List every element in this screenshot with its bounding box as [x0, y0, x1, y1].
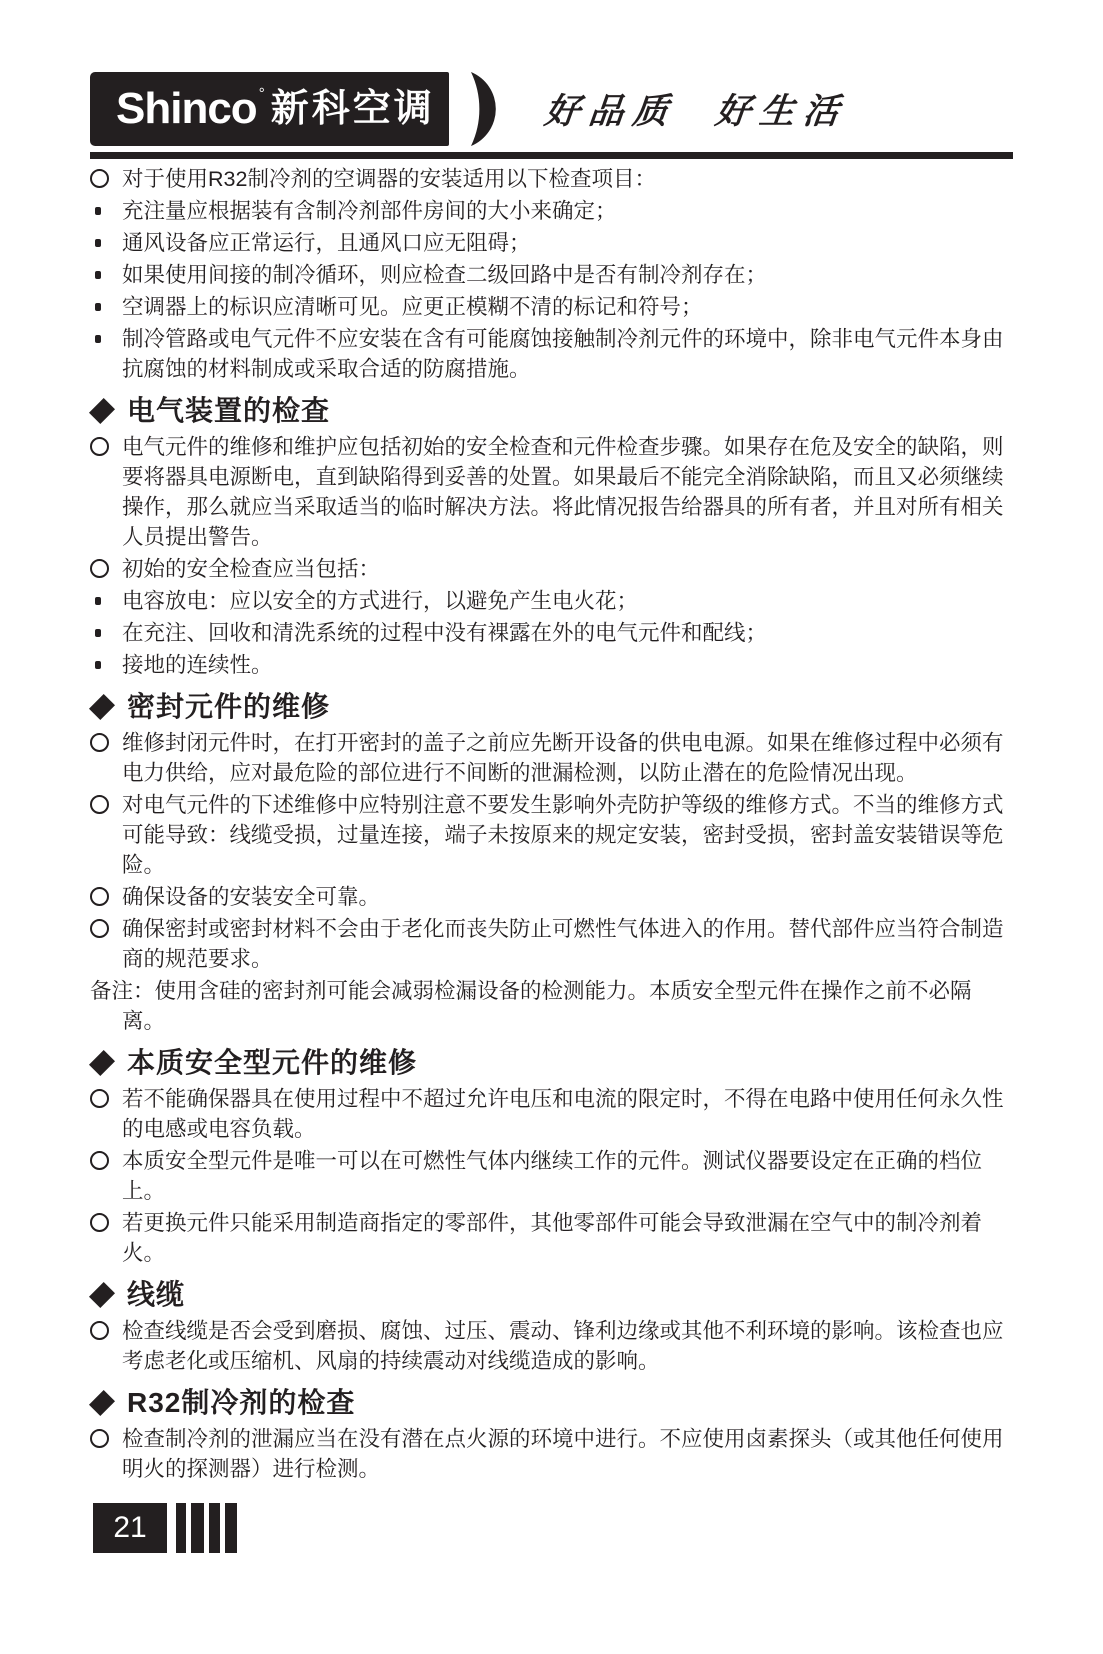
diamond-icon [89, 1282, 115, 1308]
section-heading: 密封元件的维修 [90, 690, 1013, 724]
list-item: 若不能确保器具在使用过程中不超过允许电压和电流的限定时，不得在电路中使用任何永久… [90, 1084, 1013, 1144]
section: 线缆检查线缆是否会受到磨损、腐蚀、过压、震动、锋利边缘或其他不利环境的影响。该检… [90, 1278, 1013, 1376]
circle-bullet-icon [90, 914, 122, 974]
registered-mark: ° [259, 86, 265, 101]
list-item: 在充注、回收和清洗系统的过程中没有裸露在外的电气元件和配线； [90, 618, 1013, 648]
section-heading-text: 电气装置的检查 [127, 394, 330, 428]
circle-bullet-icon [90, 1424, 122, 1484]
item-text: 电气元件的维修和维护应包括初始的安全检查和元件检查步骤。如果存在危及安全的缺陷，… [122, 432, 1013, 552]
list-item: 备注：使用含硅的密封剂可能会减弱检漏设备的检测能力。本质安全型元件在操作之前不必… [90, 976, 1013, 1036]
circle-bullet-icon [90, 1084, 122, 1144]
section-heading-text: 密封元件的维修 [127, 690, 330, 724]
dot-bullet-icon [90, 586, 122, 616]
header-rule [90, 152, 1013, 159]
header: Shinco ° 新科空调 好品质 好生活 [90, 72, 1013, 159]
list-item: 若更换元件只能采用制造商指定的零部件，其他零部件可能会导致泄漏在空气中的制冷剂着… [90, 1208, 1013, 1268]
dot-bullet-icon [90, 196, 122, 226]
circle-bullet-icon [90, 554, 122, 584]
section: R32制冷剂的检查检查制冷剂的泄漏应当在没有潜在点火源的环境中进行。不应使用卤素… [90, 1386, 1013, 1484]
footer-barcode-bar [191, 1503, 204, 1553]
section: 电气装置的检查电气元件的维修和维护应包括初始的安全检查和元件检查步骤。如果存在危… [90, 394, 1013, 680]
list-item: 检查制冷剂的泄漏应当在没有潜在点火源的环境中进行。不应使用卤素探头（或其他任何使… [90, 1424, 1013, 1484]
list-item: 充注量应根据装有含制冷剂部件房间的大小来确定； [90, 196, 1013, 226]
item-text: 确保设备的安装安全可靠。 [122, 882, 1013, 912]
item-text: 空调器上的标识应清晰可见。应更正模糊不清的标记和符号； [122, 292, 1013, 322]
dot-bullet-icon [90, 324, 122, 384]
section-heading-text: 线缆 [127, 1278, 185, 1312]
footer-barcode [176, 1503, 237, 1553]
diamond-icon [89, 694, 115, 720]
list-item: 确保密封或密封材料不会由于老化而丧失防止可燃性气体进入的作用。替代部件应当符合制… [90, 914, 1013, 974]
footer-barcode-bar [176, 1503, 186, 1553]
list-item: 对电气元件的下述维修中应特别注意不要发生影响外壳防护等级的维修方式。不当的维修方… [90, 790, 1013, 880]
list-item: 检查线缆是否会受到磨损、腐蚀、过压、震动、锋利边缘或其他不利环境的影响。该检查也… [90, 1316, 1013, 1376]
item-text: 在充注、回收和清洗系统的过程中没有裸露在外的电气元件和配线； [122, 618, 1013, 648]
diamond-icon [89, 1050, 115, 1076]
dot-bullet-icon [90, 228, 122, 258]
section-heading-text: 本质安全型元件的维修 [127, 1046, 417, 1080]
item-text: 维修封闭元件时，在打开密封的盖子之前应先断开设备的供电电源。如果在维修过程中必须… [122, 728, 1013, 788]
item-text: 制冷管路或电气元件不应安装在含有可能腐蚀接触制冷剂元件的环境中，除非电气元件本身… [122, 324, 1013, 384]
section: 密封元件的维修维修封闭元件时，在打开密封的盖子之前应先断开设备的供电电源。如果在… [90, 690, 1013, 1036]
circle-bullet-icon [90, 1146, 122, 1206]
section-heading: 线缆 [90, 1278, 1013, 1312]
section: 对于使用R32制冷剂的空调器的安装适用以下检查项目：充注量应根据装有含制冷剂部件… [90, 164, 1013, 384]
circle-bullet-icon [90, 164, 122, 194]
section: 本质安全型元件的维修若不能确保器具在使用过程中不超过允许电压和电流的限定时，不得… [90, 1046, 1013, 1268]
item-text: 若不能确保器具在使用过程中不超过允许电压和电流的限定时，不得在电路中使用任何永久… [122, 1084, 1013, 1144]
footer: 21 [93, 1503, 237, 1553]
item-text: 初始的安全检查应当包括： [122, 554, 1013, 584]
circle-bullet-icon [90, 1316, 122, 1376]
list-item: 接地的连续性。 [90, 650, 1013, 680]
page-number: 21 [113, 1511, 146, 1545]
logo-text-shinco: Shinco [116, 87, 257, 131]
circle-bullet-icon [90, 882, 122, 912]
footer-barcode-bar [225, 1503, 237, 1553]
circle-bullet-icon [90, 432, 122, 552]
item-text: 检查制冷剂的泄漏应当在没有潜在点火源的环境中进行。不应使用卤素探头（或其他任何使… [122, 1424, 1013, 1484]
dot-bullet-icon [90, 650, 122, 680]
item-text: 电容放电：应以安全的方式进行，以避免产生电火花； [122, 586, 1013, 616]
item-text: 充注量应根据装有含制冷剂部件房间的大小来确定； [122, 196, 1013, 226]
list-item: 制冷管路或电气元件不应安装在含有可能腐蚀接触制冷剂元件的环境中，除非电气元件本身… [90, 324, 1013, 384]
section-heading-text: R32制冷剂的检查 [127, 1386, 355, 1420]
list-item: 初始的安全检查应当包括： [90, 554, 1013, 584]
list-item: 电气元件的维修和维护应包括初始的安全检查和元件检查步骤。如果存在危及安全的缺陷，… [90, 432, 1013, 552]
list-item: 通风设备应正常运行，且通风口应无阻碍； [90, 228, 1013, 258]
page: Shinco ° 新科空调 好品质 好生活 对于使用R32制冷剂的空调器的安装适… [0, 0, 1103, 1654]
item-text: 若更换元件只能采用制造商指定的零部件，其他零部件可能会导致泄漏在空气中的制冷剂着… [122, 1208, 1013, 1268]
section-heading: R32制冷剂的检查 [90, 1386, 1013, 1420]
list-item: 如果使用间接的制冷循环，则应检查二级回路中是否有制冷剂存在； [90, 260, 1013, 290]
circle-bullet-icon [90, 790, 122, 880]
item-text: 对于使用R32制冷剂的空调器的安装适用以下检查项目： [122, 164, 1013, 194]
item-text: 本质安全型元件是唯一可以在可燃性气体内继续工作的元件。测试仪器要设定在正确的档位… [122, 1146, 1013, 1206]
item-text: 接地的连续性。 [122, 650, 1013, 680]
logo-row: Shinco ° 新科空调 好品质 好生活 [90, 72, 1013, 146]
dot-bullet-icon [90, 618, 122, 648]
circle-bullet-icon [90, 1208, 122, 1268]
dot-bullet-icon [90, 292, 122, 322]
item-text: 对电气元件的下述维修中应特别注意不要发生影响外壳防护等级的维修方式。不当的维修方… [122, 790, 1013, 880]
slogan: 好品质 好生活 [542, 84, 850, 134]
item-text: 如果使用间接的制冷循环，则应检查二级回路中是否有制冷剂存在； [122, 260, 1013, 290]
section-heading: 电气装置的检查 [90, 394, 1013, 428]
item-text: 确保密封或密封材料不会由于老化而丧失防止可燃性气体进入的作用。替代部件应当符合制… [122, 914, 1013, 974]
circle-bullet-icon [90, 728, 122, 788]
list-item: 对于使用R32制冷剂的空调器的安装适用以下检查项目： [90, 164, 1013, 194]
list-item: 维修封闭元件时，在打开密封的盖子之前应先断开设备的供电电源。如果在维修过程中必须… [90, 728, 1013, 788]
crescent-icon [465, 70, 507, 148]
section-heading: 本质安全型元件的维修 [90, 1046, 1013, 1080]
page-number-box: 21 [93, 1503, 167, 1553]
footer-barcode-bar [209, 1503, 220, 1553]
list-item: 电容放电：应以安全的方式进行，以避免产生电火花； [90, 586, 1013, 616]
list-item: 确保设备的安装安全可靠。 [90, 882, 1013, 912]
item-text: 备注：使用含硅的密封剂可能会减弱检漏设备的检测能力。本质安全型元件在操作之前不必… [122, 976, 1013, 1036]
diamond-icon [89, 1390, 115, 1416]
content: 对于使用R32制冷剂的空调器的安装适用以下检查项目：充注量应根据装有含制冷剂部件… [90, 164, 1013, 1486]
list-item: 本质安全型元件是唯一可以在可燃性气体内继续工作的元件。测试仪器要设定在正确的档位… [90, 1146, 1013, 1206]
list-item: 空调器上的标识应清晰可见。应更正模糊不清的标记和符号； [90, 292, 1013, 322]
item-text: 检查线缆是否会受到磨损、腐蚀、过压、震动、锋利边缘或其他不利环境的影响。该检查也… [122, 1316, 1013, 1376]
logo-text-chinese: 新科空调 [271, 90, 435, 128]
dot-bullet-icon [90, 260, 122, 290]
diamond-icon [89, 398, 115, 424]
item-text: 通风设备应正常运行，且通风口应无阻碍； [122, 228, 1013, 258]
shinco-logo: Shinco ° 新科空调 [90, 72, 449, 146]
